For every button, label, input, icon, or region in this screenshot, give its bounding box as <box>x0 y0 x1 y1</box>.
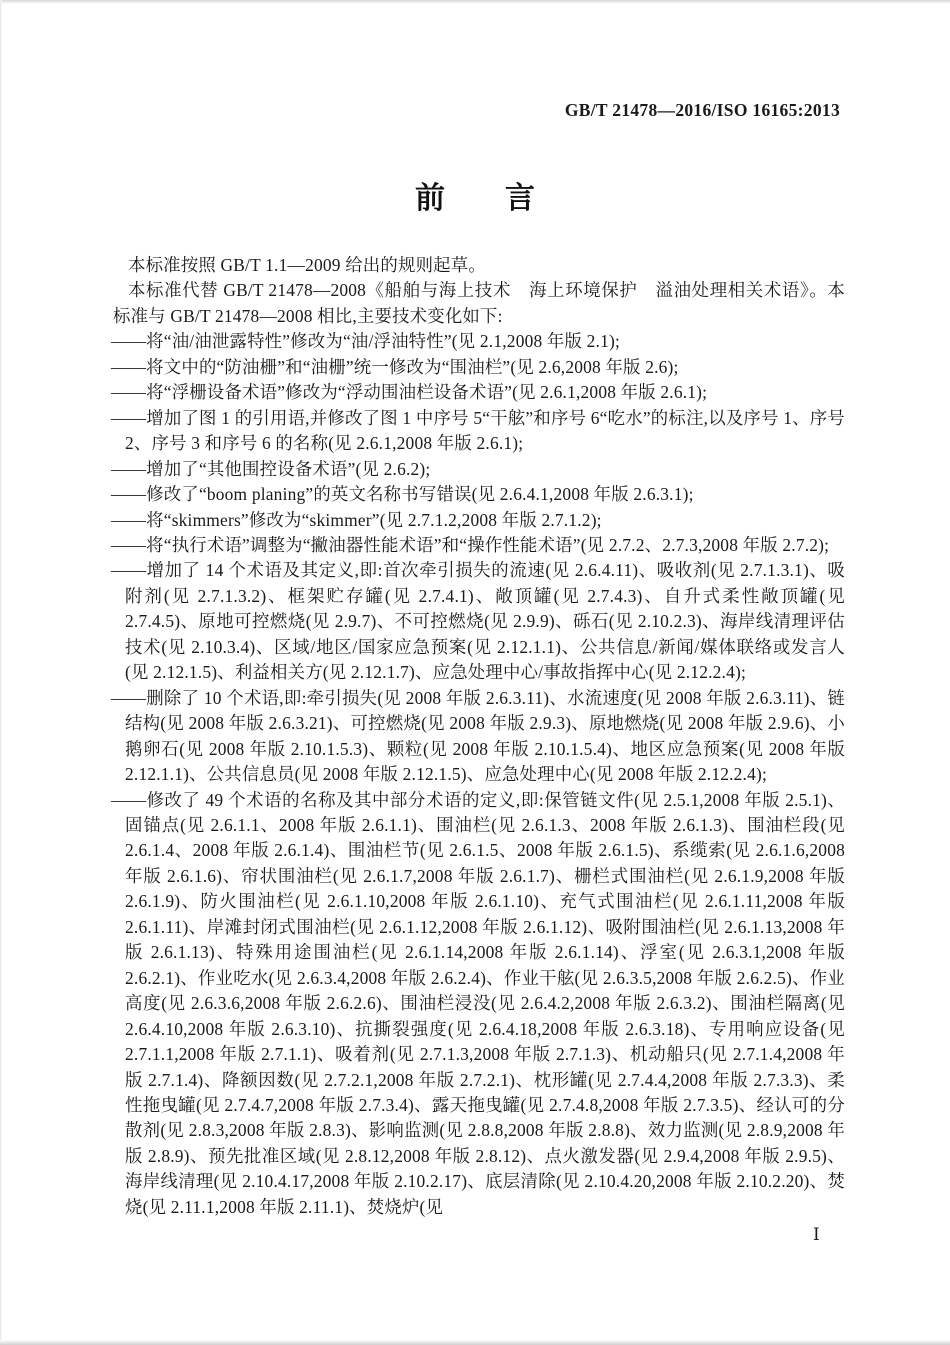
change-list-item: ——删除了 10 个术语,即:牵引损失(见 2008 年版 2.6.3.11)、… <box>113 686 845 788</box>
change-list-item: ——增加了 14 个术语及其定义,即:首次牵引损失的流速(见 2.6.4.11)… <box>113 558 845 685</box>
foreword-paragraph: 本标准按照 GB/T 1.1—2009 给出的规则起草。 <box>113 253 845 278</box>
change-list-item: ——增加了“其他围控设备术语”(见 2.6.2); <box>113 457 845 482</box>
page-number: Ⅰ <box>813 1224 820 1246</box>
document-page: GB/T 21478—2016/ISO 16165:2013 前 言 本标准按照… <box>0 0 950 1345</box>
change-list-item: ——将“油/油泄露特性”修改为“油/浮油特性”(见 2.1,2008 年版 2.… <box>113 329 845 354</box>
change-list-item: ——将文中的“防油栅”和“油栅”统一修改为“围油栏”(见 2.6,2008 年版… <box>113 355 845 380</box>
scan-edge-bottom <box>0 1340 950 1345</box>
change-list-item: ——修改了 49 个术语的名称及其中部分术语的定义,即:保管链文件(见 2.5.… <box>113 788 845 1221</box>
standard-code: GB/T 21478—2016/ISO 16165:2013 <box>565 100 840 121</box>
change-list-item: ——将“浮栅设备术语”修改为“浮动围油栏设备术语”(见 2.6.1,2008 年… <box>113 380 845 405</box>
change-list-item: ——将“skimmers”修改为“skimmer”(见 2.7.1.2,2008… <box>113 508 845 533</box>
foreword-paragraph: 本标准代替 GB/T 21478—2008《船舶与海上技术 海上环境保护 溢油处… <box>113 278 845 329</box>
change-list-item: ——将“执行术语”调整为“撇油器性能术语”和“操作性能术语”(见 2.7.2、2… <box>113 533 845 558</box>
foreword-body: 本标准按照 GB/T 1.1—2009 给出的规则起草。 本标准代替 GB/T … <box>113 253 845 1220</box>
foreword-title: 前 言 <box>0 182 950 216</box>
change-list-item: ——修改了“boom planing”的英文名称书写错误(见 2.6.4.1,2… <box>113 482 845 507</box>
change-list-item: ——增加了图 1 的引用语,并修改了图 1 中序号 5“干舷”和序号 6“吃水”… <box>113 406 845 457</box>
scan-edge-top <box>0 0 950 4</box>
